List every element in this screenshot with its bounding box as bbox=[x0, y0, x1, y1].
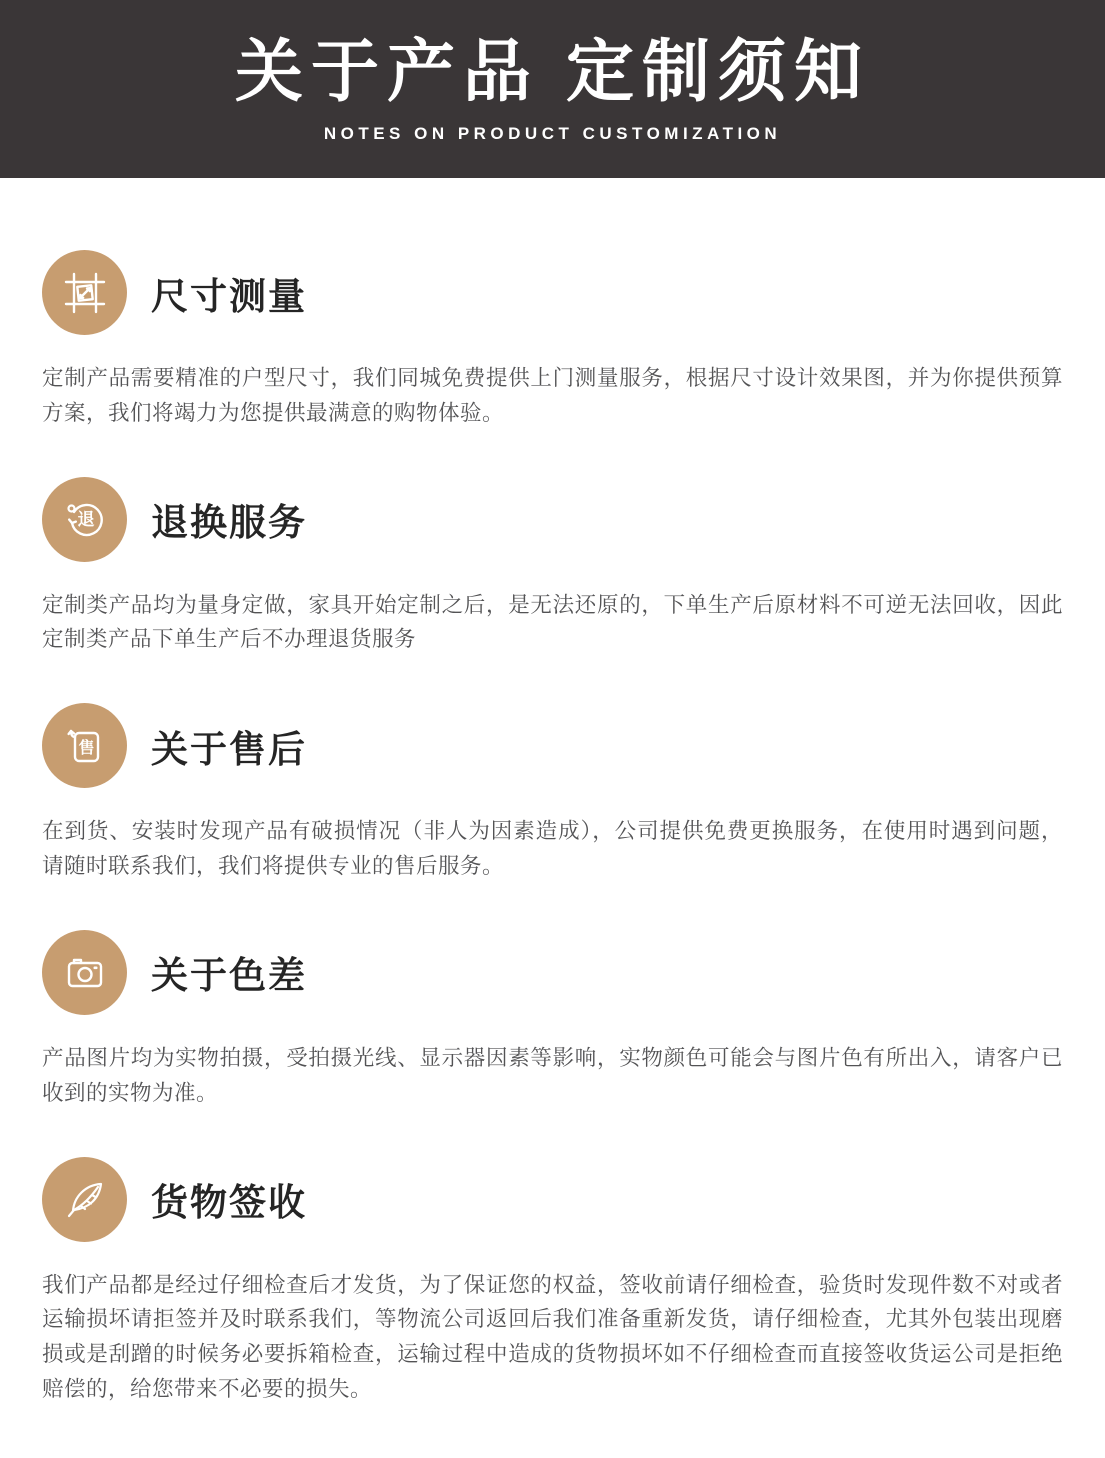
section-title: 退换服务 bbox=[151, 492, 307, 546]
section-body: 产品图片均为实物拍摄，受拍摄光线、显示器因素等影响，实物颜色可能会与图片色有所出… bbox=[42, 1041, 1063, 1111]
section-body: 在到货、安装时发现产品有破损情况（非人为因素造成），公司提供免费更换服务，在使用… bbox=[42, 814, 1063, 884]
section-body: 我们产品都是经过仔细检查后才发货，为了保证您的权益，签收前请仔细检查，验货时发现… bbox=[42, 1268, 1063, 1407]
page-subtitle: NOTES ON PRODUCT CUSTOMIZATION bbox=[324, 124, 781, 144]
section-body: 定制类产品均为量身定做，家具开始定制之后，是无法还原的，下单生产后原材料不可逆无… bbox=[42, 588, 1063, 658]
return-icon: 退 bbox=[42, 477, 127, 562]
camera-icon bbox=[42, 930, 127, 1015]
measure-icon bbox=[42, 250, 127, 335]
return-icon-char: 退 bbox=[77, 510, 94, 529]
section-color-difference: 关于色差 产品图片均为实物拍摄，受拍摄光线、显示器因素等影响，实物颜色可能会与图… bbox=[42, 930, 1063, 1111]
section-size-measure: 尺寸测量 定制产品需要精准的户型尺寸，我们同城免费提供上门测量服务，根据尺寸设计… bbox=[42, 250, 1063, 431]
section-title: 尺寸测量 bbox=[151, 266, 307, 320]
page-title: 关于产品 定制须知 bbox=[235, 38, 870, 106]
section-body: 定制产品需要精准的户型尺寸，我们同城免费提供上门测量服务，根据尺寸设计效果图，并… bbox=[42, 361, 1063, 431]
page-header: 关于产品 定制须知 NOTES ON PRODUCT CUSTOMIZATION bbox=[0, 0, 1105, 178]
aftersales-icon: 售 bbox=[42, 703, 127, 788]
section-return-service: 退 退换服务 定制类产品均为量身定做，家具开始定制之后，是无法还原的，下单生产后… bbox=[42, 477, 1063, 658]
section-title: 关于色差 bbox=[151, 945, 307, 999]
section-title: 关于售后 bbox=[151, 719, 307, 773]
aftersales-icon-char: 售 bbox=[78, 738, 94, 757]
section-title: 货物签收 bbox=[151, 1172, 307, 1226]
section-goods-receipt: 货物签收 我们产品都是经过仔细检查后才发货，为了保证您的权益，签收前请仔细检查，… bbox=[42, 1157, 1063, 1407]
section-after-sales: 售 关于售后 在到货、安装时发现产品有破损情况（非人为因素造成），公司提供免费更… bbox=[42, 703, 1063, 884]
feather-icon bbox=[42, 1157, 127, 1242]
notes-content: 尺寸测量 定制产品需要精准的户型尺寸，我们同城免费提供上门测量服务，根据尺寸设计… bbox=[0, 178, 1105, 1457]
